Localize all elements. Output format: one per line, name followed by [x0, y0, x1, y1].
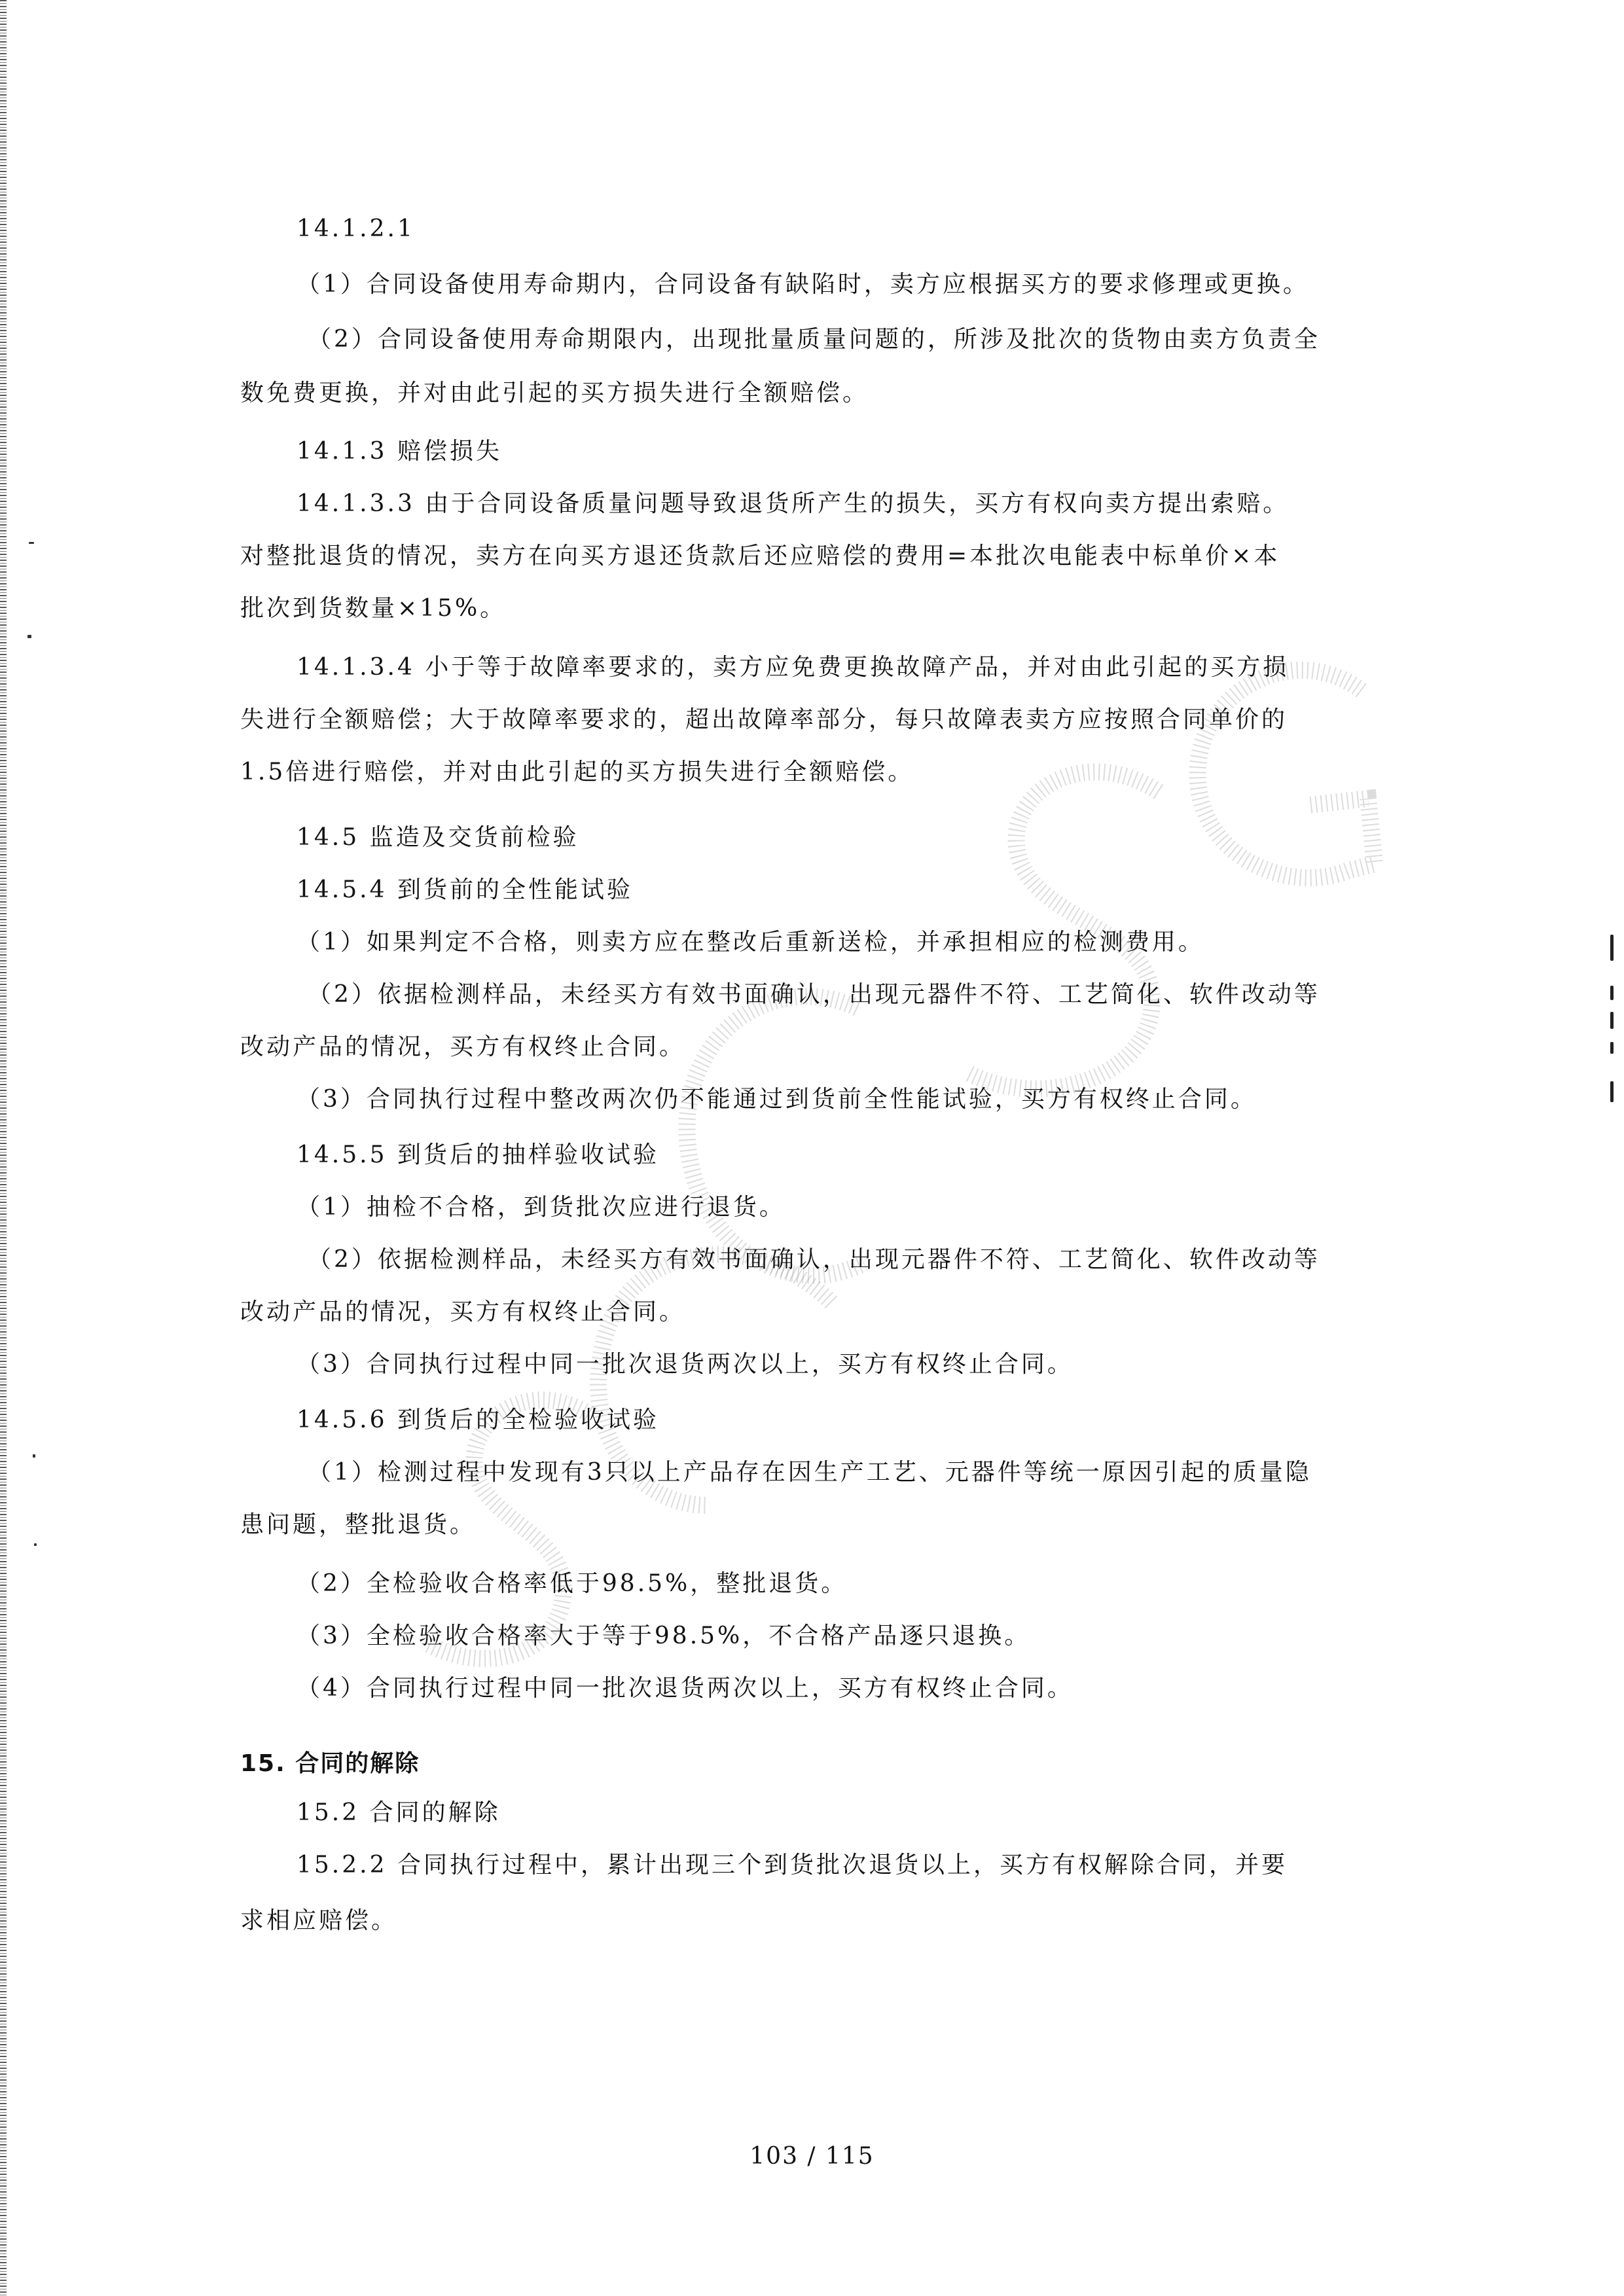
clause-14-1-3-4: 14.1.3.4 小于等于故障率要求的，卖方应免费更换故障产品，并对由此引起的买…	[297, 651, 1449, 684]
clause-continuation: 批次到货数量×15%。	[240, 592, 1392, 625]
section-heading-14-1-3: 14.1.3 赔偿损失	[297, 435, 1449, 468]
clause-15-2-2: 15.2.2 合同执行过程中，累计出现三个到货批次退货以上，买方有权解除合同，并…	[297, 1849, 1449, 1882]
clause-item: （3）合同执行过程中整改两次仍不能通过到货前全性能试验，买方有权终止合同。	[297, 1083, 1449, 1116]
clause-continuation: 1.5倍进行赔偿，并对由此引起的买方损失进行全额赔偿。	[240, 756, 1392, 789]
clause-continuation: 数免费更换，并对由此引起的买方损失进行全额赔偿。	[240, 377, 1392, 410]
clause-item: （4）合同执行过程中同一批次退货两次以上，买方有权终止合同。	[297, 1672, 1449, 1705]
clause-item: （2）合同设备使用寿命期限内，出现批量质量问题的，所涉及批次的货物由卖方负责全	[308, 323, 1460, 356]
clause-item: （1）如果判定不合格，则卖方应在整改后重新送检，并承担相应的检测费用。	[297, 926, 1449, 959]
section-heading-14-5-5: 14.5.5 到货后的抽样验收试验	[297, 1139, 1449, 1172]
clause-item: （3）全检验收合格率大于等于98.5%，不合格产品逐只退换。	[297, 1620, 1449, 1653]
section-heading-14-5-4: 14.5.4 到货前的全性能试验	[297, 874, 1449, 906]
section-heading-14-5: 14.5 监造及交货前检验	[297, 821, 1449, 854]
clause-item: （3）合同执行过程中同一批次退货两次以上，买方有权终止合同。	[297, 1348, 1449, 1381]
clause-14-1-3-3: 14.1.3.3 由于合同设备质量问题导致退货所产生的损失，买方有权向卖方提出索…	[297, 488, 1449, 520]
clause-item: （2）依据检测样品，未经买方有效书面确认，出现元器件不符、工艺简化、软件改动等	[308, 978, 1460, 1011]
clause-item: （1）合同设备使用寿命期内，合同设备有缺陷时，卖方应根据买方的要求修理或更换。	[297, 268, 1449, 301]
clause-item: （1）抽检不合格，到货批次应进行退货。	[297, 1191, 1449, 1224]
page-number: 103 / 115	[0, 2142, 1624, 2172]
document-page: 14.1.2.1 （1）合同设备使用寿命期内，合同设备有缺陷时，卖方应根据买方的…	[0, 0, 1624, 2296]
clause-continuation: 改动产品的情况，买方有权终止合同。	[240, 1031, 1392, 1064]
clause-continuation: 失进行全额赔偿；大于故障率要求的，超出故障率部分，每只故障表卖方应按照合同单价的	[240, 704, 1392, 736]
section-heading-14-5-6: 14.5.6 到货后的全检验收试验	[297, 1404, 1449, 1437]
clause-continuation: 对整批退货的情况，卖方在向买方退还货款后还应赔偿的费用=本批次电能表中标单价×本	[240, 540, 1392, 573]
section-heading-15-2: 15.2 合同的解除	[297, 1797, 1449, 1829]
clause-continuation: 患问题，整批退货。	[240, 1509, 1392, 1541]
clause-14-1-2-1: 14.1.2.1	[297, 213, 1449, 245]
clause-item: （1）检测过程中发现有3只以上产品存在因生产工艺、元器件等统一原因引起的质量隐	[308, 1456, 1460, 1489]
clause-continuation: 求相应赔偿。	[240, 1905, 1392, 1937]
clause-item: （2）全检验收合格率低于98.5%，整批退货。	[297, 1568, 1449, 1600]
chapter-heading-15: 15. 合同的解除	[240, 1748, 1392, 1780]
clause-item: （2）依据检测样品，未经买方有效书面确认，出现元器件不符、工艺简化、软件改动等	[308, 1244, 1460, 1276]
clause-continuation: 改动产品的情况，买方有权终止合同。	[240, 1296, 1392, 1329]
